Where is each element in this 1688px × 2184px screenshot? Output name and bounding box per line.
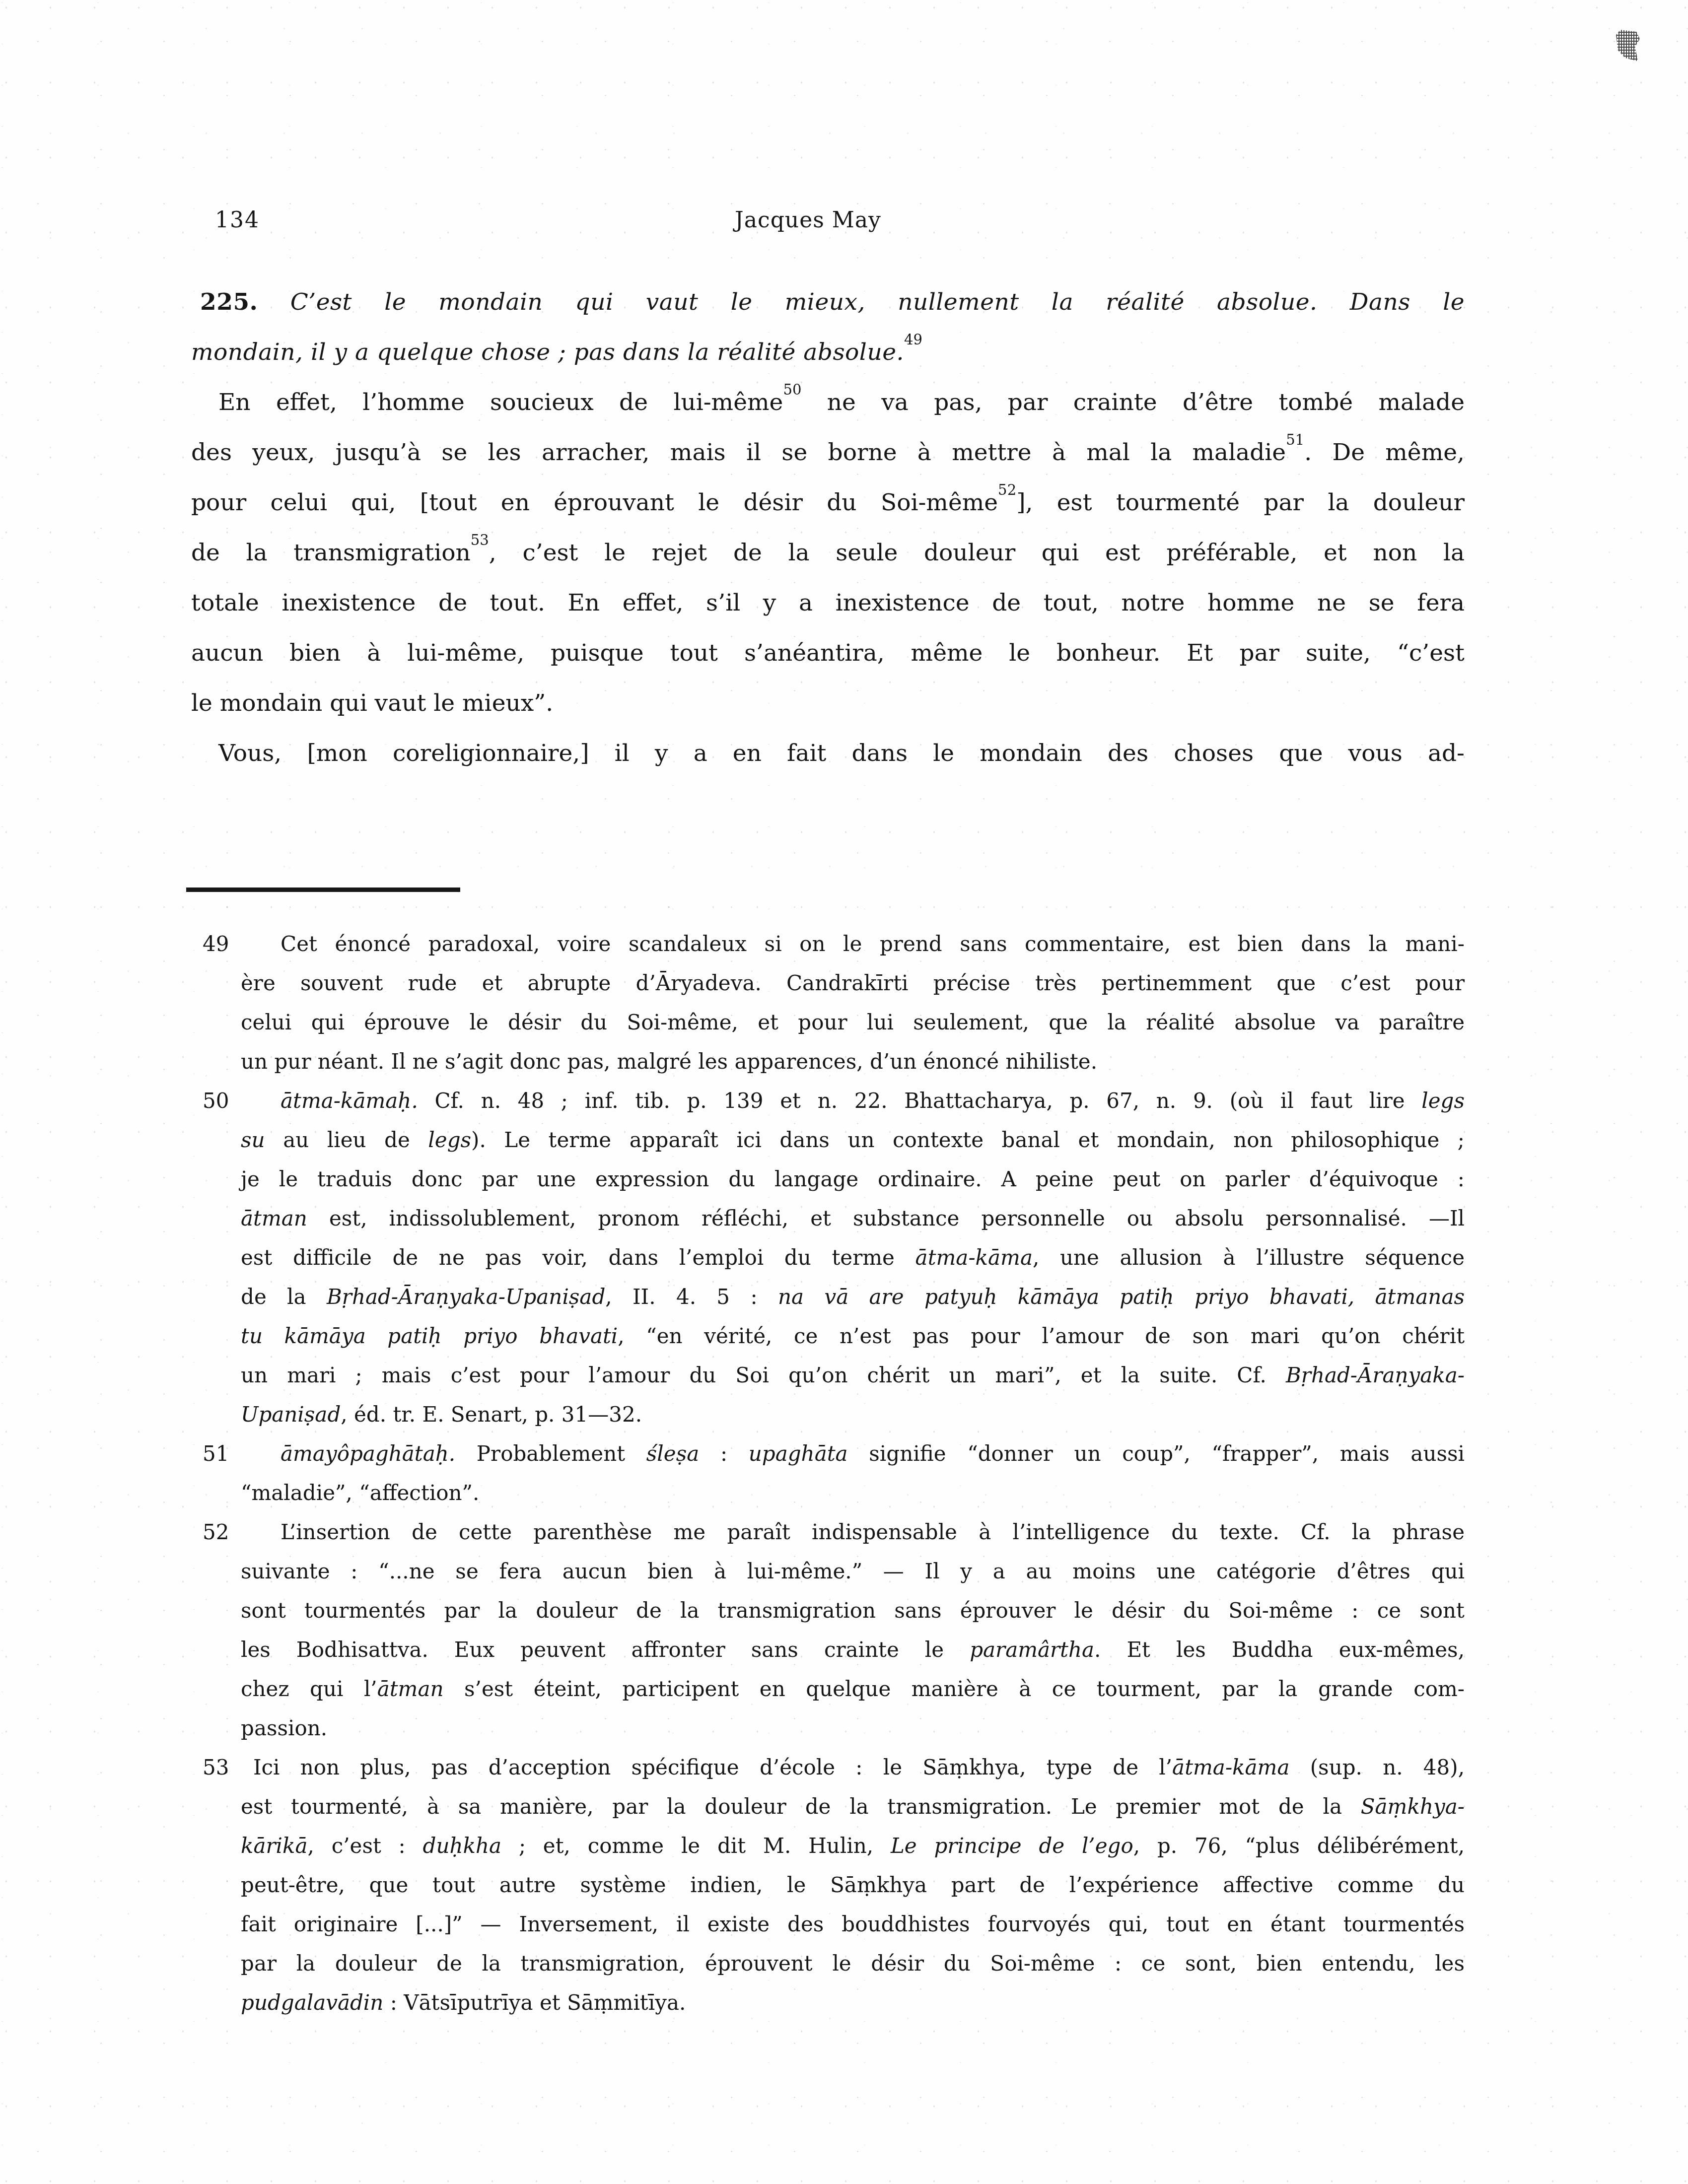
text-run: signifie “donner un coup”, “frapper”, ma…	[848, 1441, 1465, 1466]
footnote-number: 50	[203, 1081, 281, 1120]
footnote-line: je le traduis donc par une expression du…	[203, 1160, 1465, 1199]
text-run: Le principe de l’ego	[891, 1834, 1133, 1858]
footnote-number: 49	[203, 924, 281, 963]
footnote-ref: 49	[904, 331, 922, 348]
footnote-line: su au lieu de legs). Le terme apparaît i…	[203, 1120, 1465, 1160]
footnote-ref: 51	[1286, 431, 1304, 448]
text-run: duḥkha	[423, 1834, 502, 1858]
verse-line: 225. C’est le mondain qui vaut le mieux,…	[191, 277, 1465, 327]
footnote-50: 50ātma-kāmaḥ. Cf. n. 48 ; inf. tib. p. 1…	[203, 1081, 1465, 1434]
text-run: aucun bien à lui-même, puisque tout s’an…	[191, 639, 1465, 667]
footnote-53: 53Ici non plus, pas d’acception spécifiq…	[203, 1748, 1465, 2022]
footnote-line: un mari ; mais c’est pour l’amour du Soi…	[203, 1356, 1465, 1395]
text-run: . Et les Buddha eux-mêmes,	[1094, 1638, 1465, 1662]
body-line: aucun bien à lui-même, puisque tout s’an…	[191, 628, 1465, 678]
text-run: Probablement	[455, 1441, 646, 1466]
text-run: , c’est le rejet de la seule douleur qui…	[489, 539, 1465, 566]
footnote-ref: 52	[998, 481, 1016, 498]
text-run: , “en vérité, ce n’est pas pour l’amour …	[618, 1324, 1465, 1348]
footnote-line: ātman est, indissolublement, pronom réfl…	[203, 1199, 1465, 1238]
text-run: ère souvent rude et abrupte d’Āryadeva. …	[241, 971, 1465, 995]
text-run: Ici non plus, pas d’acception spécifique…	[253, 1755, 1172, 1779]
text-run: fait originaire [...]” — Inversement, il…	[241, 1912, 1465, 1936]
text-run: un pur néant. Il ne s’agit donc pas, mal…	[241, 1049, 1097, 1074]
footnote-line: de la Bṛhad-Āraṇyaka-Upaniṣad, II. 4. 5 …	[203, 1277, 1465, 1316]
footnote-line: chez qui l’ātman s’est éteint, participe…	[203, 1669, 1465, 1708]
footnote-line: 50ātma-kāmaḥ. Cf. n. 48 ; inf. tib. p. 1…	[203, 1081, 1465, 1120]
text-run: “maladie”, “affection”.	[241, 1481, 479, 1505]
text-run: est difficile de ne pas voir, dans l’emp…	[241, 1245, 915, 1270]
text-run: . De même,	[1304, 439, 1465, 466]
text-run: paramârtha	[970, 1638, 1094, 1662]
text-run: Cet énoncé paradoxal, voire scandaleux s…	[281, 932, 1465, 956]
text-run: legs	[428, 1128, 471, 1152]
footnote-51: 51āmayôpaghātaḥ. Probablement śleṣa : up…	[203, 1434, 1465, 1512]
body-line: En effet, l’homme soucieux de lui-même50…	[191, 377, 1465, 427]
text-run: pour celui qui, [tout en éprouvant le dé…	[191, 489, 998, 516]
text-run: au lieu de	[265, 1128, 428, 1152]
running-header: Jacques May	[735, 207, 881, 233]
text-run: , c’est :	[308, 1834, 423, 1858]
text-run: les Bodhisattva. Eux peuvent affronter s…	[241, 1638, 970, 1662]
text-run: tu kāmāya patiḥ priyo bhavati	[241, 1324, 618, 1348]
footnote-line: celui qui éprouve le désir du Soi-même, …	[203, 1003, 1465, 1042]
text-run: peut-être, que tout autre système indien…	[241, 1873, 1465, 1897]
text-run: En effet, l’homme soucieux de lui-même	[218, 389, 783, 416]
text-run: ātman	[377, 1677, 444, 1701]
text-run: est, indissolublement, pronom réfléchi, …	[307, 1206, 1465, 1230]
text-run: C’est le mondain qui vaut le mieux, null…	[258, 288, 1465, 316]
text-run: , une allusion à l’illustre séquence	[1033, 1245, 1465, 1270]
text-run: , II. 4. 5 :	[605, 1285, 778, 1309]
text-run: Bṛhad-Āraṇyaka-Upaniṣad	[327, 1285, 605, 1309]
text-run: de la	[241, 1285, 327, 1309]
footnote-number: 51	[203, 1434, 281, 1473]
text-run: je le traduis donc par une expression du…	[241, 1167, 1465, 1191]
text-run: celui qui éprouve le désir du Soi-même, …	[241, 1010, 1465, 1034]
scan-artifact	[1616, 30, 1640, 63]
text-run: su	[241, 1128, 265, 1152]
footnote-line: est tourmenté, à sa manière, par la doul…	[203, 1787, 1465, 1826]
text-run: :	[699, 1441, 748, 1466]
text-run: chez qui l’	[241, 1677, 377, 1701]
footnote-line: peut-être, que tout autre système indien…	[203, 1865, 1465, 1905]
body-line: totale inexistence de tout. En effet, s’…	[191, 578, 1465, 628]
footnote-line: passion.	[203, 1708, 1465, 1748]
body-line: Vous, [mon coreligionnaire,] il y a en f…	[191, 728, 1465, 778]
footnote-line: sont tourmentés par la douleur de la tra…	[203, 1591, 1465, 1630]
text-run: passion.	[241, 1716, 327, 1740]
text-run: ; et, comme le dit M. Hulin,	[501, 1834, 891, 1858]
footnote-line: 51āmayôpaghātaḥ. Probablement śleṣa : up…	[203, 1434, 1465, 1473]
main-text: 225. C’est le mondain qui vaut le mieux,…	[191, 277, 1465, 778]
text-run: ātma-kāma	[1172, 1755, 1289, 1779]
text-run: (sup. n. 48),	[1289, 1755, 1465, 1779]
text-run: Sāṃkhya-	[1361, 1794, 1465, 1819]
footnote-line: est difficile de ne pas voir, dans l’emp…	[203, 1238, 1465, 1277]
page-number: 134	[215, 207, 260, 233]
footnote-52: 52L’insertion de cette parenthèse me par…	[203, 1512, 1465, 1748]
footnote-line: les Bodhisattva. Eux peuvent affronter s…	[203, 1630, 1465, 1669]
text-run: L’insertion de cette parenthèse me paraî…	[281, 1520, 1465, 1544]
text-run: Vous, [mon coreligionnaire,] il y a en f…	[218, 740, 1465, 767]
text-run: suivante : “...ne se fera aucun bien à l…	[241, 1559, 1465, 1583]
footnote-number: 53	[203, 1748, 253, 1787]
text-run: mondain, il y a quelque chose ; pas dans…	[191, 339, 904, 366]
footnote-line: par la douleur de la transmigration, épr…	[203, 1944, 1465, 1983]
text-run: pudgalavādin	[241, 1990, 383, 2015]
footnote-line: suivante : “...ne se fera aucun bien à l…	[203, 1552, 1465, 1591]
text-run: upaghāta	[749, 1441, 848, 1466]
text-run: Cf. n. 48 ; inf. tib. p. 139 et n. 22. B…	[418, 1089, 1422, 1113]
footnote-line: fait originaire [...]” — Inversement, il…	[203, 1905, 1465, 1944]
text-run: ). Le terme apparaît ici dans un context…	[471, 1128, 1465, 1152]
footnote-line: 52L’insertion de cette parenthèse me par…	[203, 1512, 1465, 1552]
text-run: ātma-kāmaḥ.	[281, 1089, 418, 1113]
text-run: ne va pas, par crainte d’être tombé mala…	[801, 389, 1465, 416]
text-run: par la douleur de la transmigration, épr…	[241, 1951, 1465, 1976]
text-run: Upaniṣad	[241, 1402, 341, 1427]
text-run: 225.	[200, 288, 258, 316]
text-run: totale inexistence de tout. En effet, s’…	[191, 589, 1465, 616]
text-run: un mari ; mais c’est pour l’amour du Soi…	[241, 1363, 1286, 1387]
footnote-ref: 50	[783, 381, 801, 398]
footnote-line: Upaniṣad, éd. tr. E. Senart, p. 31—32.	[203, 1395, 1465, 1434]
text-run: , p. 76, “plus délibérément,	[1133, 1834, 1465, 1858]
text-run: legs	[1421, 1089, 1465, 1113]
body-line: le mondain qui vaut le mieux”.	[191, 678, 1465, 728]
body-line: pour celui qui, [tout en éprouvant le dé…	[191, 478, 1465, 528]
text-run: ], est tourmenté par la douleur	[1016, 489, 1465, 516]
text-run: de la transmigration	[191, 539, 471, 566]
footnote-line: kārikā, c’est : duḥkha ; et, comme le di…	[203, 1826, 1465, 1865]
text-run: āmayôpaghātaḥ.	[281, 1441, 455, 1466]
footnote-49: 49Cet énoncé paradoxal, voire scandaleux…	[203, 924, 1465, 1081]
body-line: de la transmigration53, c’est le rejet d…	[191, 528, 1465, 578]
text-run: Bṛhad-Āraṇyaka-	[1286, 1363, 1465, 1387]
text-run: des yeux, jusqu’à se les arracher, mais …	[191, 439, 1286, 466]
footnote-line: 49Cet énoncé paradoxal, voire scandaleux…	[203, 924, 1465, 963]
text-run: śleṣa	[646, 1441, 699, 1466]
running-head: 134 Jacques May	[191, 207, 1465, 242]
footnote-line: 53Ici non plus, pas d’acception spécifiq…	[203, 1748, 1465, 1787]
footnote-number: 52	[203, 1512, 281, 1552]
footnote-line: un pur néant. Il ne s’agit donc pas, mal…	[203, 1042, 1465, 1081]
text-run: : Vātsīputrīya et Sāṃmitīya.	[383, 1990, 686, 2015]
text-run: sont tourmentés par la douleur de la tra…	[241, 1598, 1465, 1623]
verse-line: mondain, il y a quelque chose ; pas dans…	[191, 327, 1465, 377]
text-run: , éd. tr. E. Senart, p. 31—32.	[341, 1402, 642, 1427]
scanned-page: 134 Jacques May 225. C’est le mondain qu…	[0, 0, 1688, 2184]
footnote-line: “maladie”, “affection”.	[203, 1473, 1465, 1512]
text-run: le mondain qui vaut le mieux”.	[191, 689, 553, 717]
text-run: na vā are patyuḥ kāmāya patiḥ priyo bhav…	[778, 1285, 1465, 1309]
footnote-line: ère souvent rude et abrupte d’Āryadeva. …	[203, 963, 1465, 1003]
text-run: est tourmenté, à sa manière, par la doul…	[241, 1794, 1361, 1819]
text-run: ātman	[241, 1206, 307, 1230]
body-line: des yeux, jusqu’à se les arracher, mais …	[191, 427, 1465, 478]
footnote-line: tu kāmāya patiḥ priyo bhavati, “en vérit…	[203, 1316, 1465, 1356]
footnotes-section: 49Cet énoncé paradoxal, voire scandaleux…	[203, 924, 1465, 2022]
text-run: s’est éteint, participent en quelque man…	[444, 1677, 1465, 1701]
text-run: ātma-kāma	[915, 1245, 1033, 1270]
text-run: kārikā	[241, 1834, 308, 1858]
footnote-line: pudgalavādin : Vātsīputrīya et Sāṃmitīya…	[203, 1983, 1465, 2022]
footnote-ref: 53	[471, 532, 489, 548]
footnote-separator-rule	[186, 887, 460, 892]
